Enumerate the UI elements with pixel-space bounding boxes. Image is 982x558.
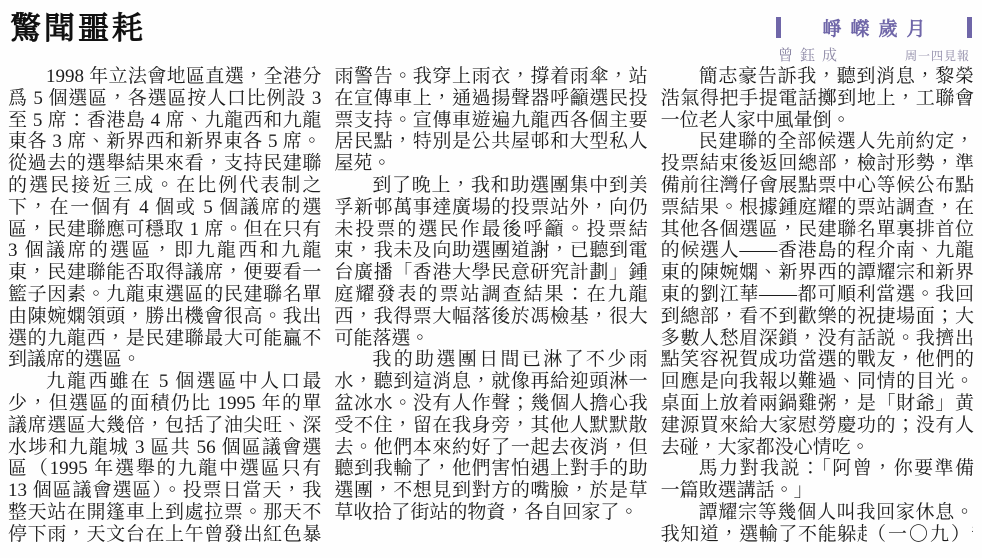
column-masthead: 崢嶸歲月 曾鈺成 周一四見報 — [776, 12, 972, 65]
column-name: 崢嶸歲月 — [813, 14, 934, 41]
masthead-right-bar-icon — [967, 17, 972, 38]
author-name: 曾鈺成 — [778, 44, 844, 65]
page-number: （一〇九） — [867, 524, 972, 546]
article-title: 驚聞噩耗 — [10, 12, 146, 46]
masthead-top-row: 崢嶸歲月 — [776, 14, 972, 41]
newspaper-page: 驚聞噩耗 崢嶸歲月 曾鈺成 周一四見報 1998 年立法會地區直選，全港分爲 5… — [0, 0, 982, 558]
publication-schedule: 周一四見報 — [905, 47, 970, 64]
article-body-wrapper: 1998 年立法會地區直選，全港分爲 5 個選區，各選區按人口比例設 3 至 5… — [8, 66, 974, 546]
article-header: 驚聞噩耗 崢嶸歲月 曾鈺成 周一四見報 — [0, 0, 982, 62]
masthead-left-bar-icon — [776, 17, 781, 38]
paragraph: 簡志豪告訴我，聽到消息，黎榮浩氣得把手提電話擲到地上，工聯會一位老人家中風暈倒。 — [661, 66, 974, 131]
paragraph: 我的助選團日間已淋了不少雨水，聽到這消息，就像再給迎頭淋一盆冰水。没有人作聲；幾… — [334, 349, 647, 523]
paragraph: 民建聯的全部候選人先前約定，投票結束後返回總部，檢討形勢，準備前往灣仔會展點票中… — [661, 131, 974, 458]
paragraph: 到了晚上，我和助選團集中到美孚新邨萬事達廣場的投票站外，向仍未投票的選民作最後呼… — [334, 175, 647, 349]
paragraph: 馬力對我説：「阿曾，你要準備一篇敗選講話。」 — [661, 458, 974, 502]
masthead-bottom-row: 曾鈺成 周一四見報 — [776, 44, 972, 65]
article-body: 1998 年立法會地區直選，全港分爲 5 個選區，各選區按人口比例設 3 至 5… — [8, 66, 974, 546]
paragraph: 1998 年立法會地區直選，全港分爲 5 個選區，各選區按人口比例設 3 至 5… — [8, 66, 321, 371]
